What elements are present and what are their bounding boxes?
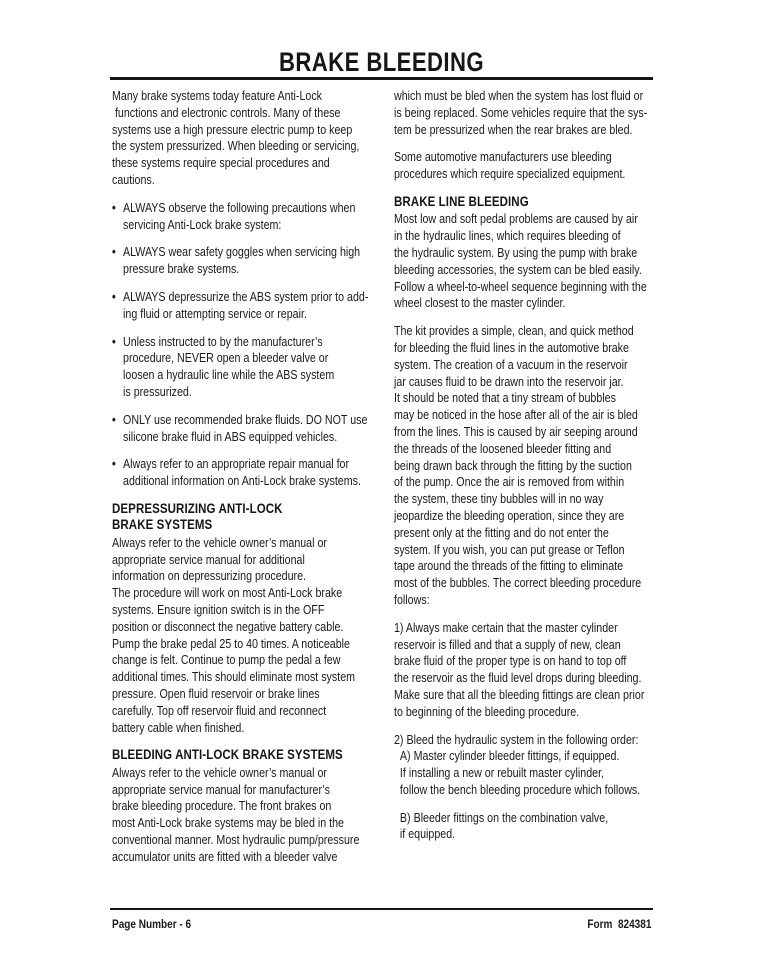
bullet-marker: • [112, 334, 123, 401]
section-body: Always refer to the vehicle owner’s manu… [112, 535, 373, 737]
bullet-text: Always refer to an appropriate repair ma… [123, 456, 361, 490]
section-paragraph: The kit provides a simple, clean, and qu… [394, 323, 655, 609]
bullet-marker: • [112, 200, 123, 234]
bullet-text: ALWAYS depressurize the ABS system prior… [123, 289, 368, 323]
page-footer: Page Number - 6 Form 824381 [112, 916, 651, 932]
bullet-marker: • [112, 289, 123, 323]
bullet-item: • ALWAYS observe the following precautio… [112, 200, 373, 234]
footer-form-number: Form 824381 [587, 916, 651, 932]
right-column-text: which must be bled when the system has l… [394, 88, 655, 843]
section-heading-depressurizing: DEPRESSURIZING ANTI-LOCK BRAKE SYSTEMS [112, 501, 373, 534]
content-columns: Many brake systems today feature Anti-Lo… [112, 88, 655, 877]
footer-rule [110, 908, 653, 910]
numbered-step-2: 2) Bleed the hydraulic system in the fol… [394, 732, 655, 799]
left-column: Many brake systems today feature Anti-Lo… [112, 88, 373, 877]
footer-page-number: Page Number - 6 [112, 916, 191, 932]
section-heading-bleeding-abs: BLEEDING ANTI-LOCK BRAKE SYSTEMS [112, 747, 373, 763]
section-paragraph: Most low and soft pedal problems are cau… [394, 211, 655, 312]
bullet-marker: • [112, 244, 123, 278]
bullet-text: ONLY use recommended brake fluids. DO NO… [123, 412, 367, 446]
intro-paragraph: Many brake systems today feature Anti-Lo… [112, 88, 373, 189]
page-title: BRAKE BLEEDING [159, 48, 604, 76]
bullet-item: • Always refer to an appropriate repair … [112, 456, 373, 490]
right-column: which must be bled when the system has l… [394, 88, 655, 877]
bullet-text: ALWAYS observe the following precautions… [123, 200, 355, 234]
left-column-text: Many brake systems today feature Anti-Lo… [112, 88, 373, 866]
bullet-text: ALWAYS wear safety goggles when servicin… [123, 244, 360, 278]
continuation-paragraph: which must be bled when the system has l… [394, 88, 655, 138]
bullet-marker: • [112, 412, 123, 446]
title-rule [110, 77, 653, 80]
numbered-step-1: 1) Always make certain that the master c… [394, 620, 655, 721]
bullet-item: • Unless instructed to by the manufactur… [112, 334, 373, 401]
bullet-item: • ALWAYS wear safety goggles when servic… [112, 244, 373, 278]
numbered-step-2b: B) Bleeder fittings on the combination v… [394, 810, 655, 844]
section-heading-brake-line-bleeding: BRAKE LINE BLEEDING [394, 194, 655, 210]
bullet-marker: • [112, 456, 123, 490]
bullet-item: • ALWAYS depressurize the ABS system pri… [112, 289, 373, 323]
section-body: Always refer to the vehicle owner’s manu… [112, 765, 373, 866]
bullet-item: • ONLY use recommended brake fluids. DO … [112, 412, 373, 446]
bullet-text: Unless instructed to by the manufacturer… [123, 334, 334, 401]
paragraph: Some automotive manufacturers use bleedi… [394, 149, 655, 183]
page-header: BRAKE BLEEDING [110, 48, 653, 80]
document-page: BRAKE BLEEDING Many brake systems today … [0, 0, 761, 954]
